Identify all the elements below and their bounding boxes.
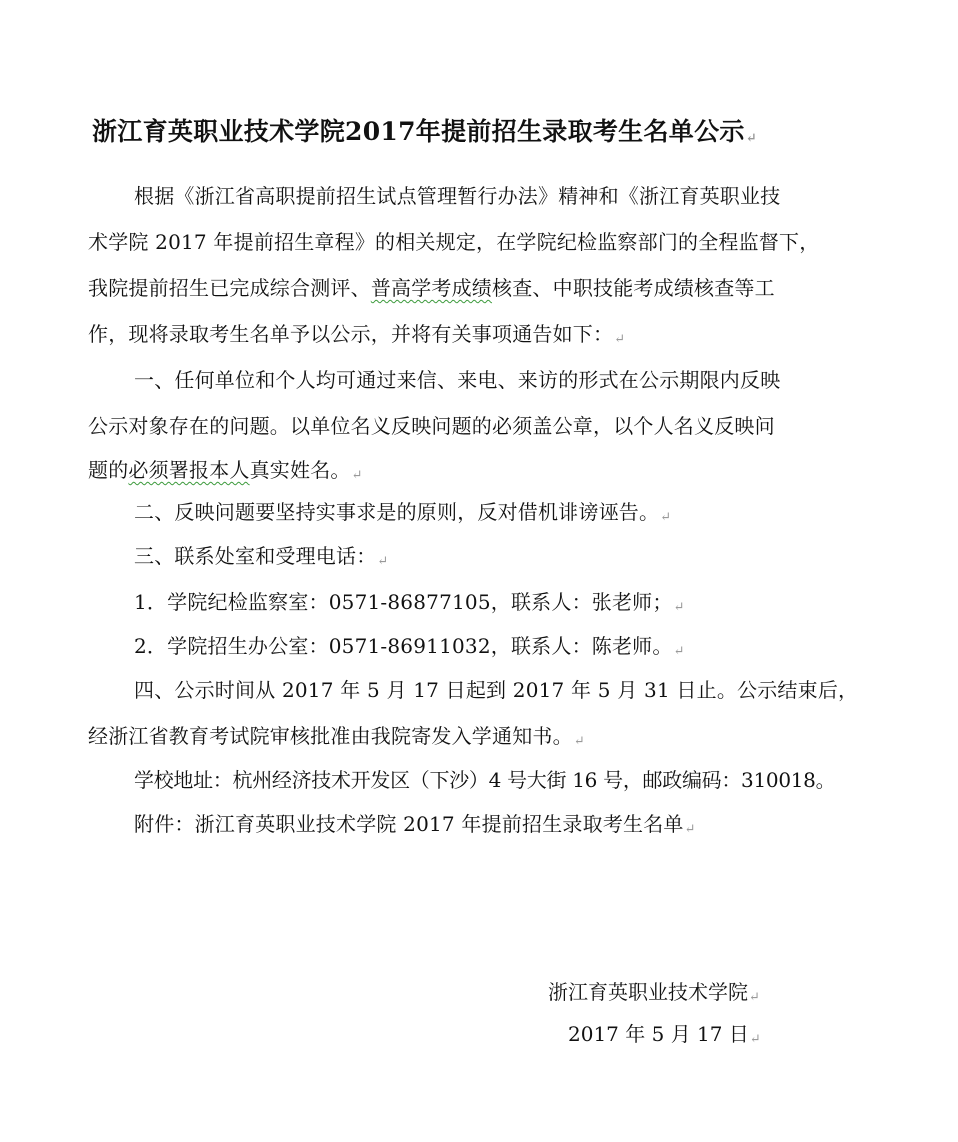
paragraph-mark-icon: ↵ xyxy=(749,990,760,1005)
contact-item-2: 2．学院招生办公室：0571-86911032，联系人：陈老师。↵ xyxy=(134,634,685,664)
item3-heading: 三、联系处室和受理电话：↵ xyxy=(134,544,389,574)
intro-text: 核查、中职技能考成绩核查等工 xyxy=(492,276,775,300)
signature-date: 2017 年 5 月 17 日↵ xyxy=(568,1022,761,1052)
paragraph-mark-icon: ↵ xyxy=(746,131,757,146)
intro-line-3: 我院提前招生已完成综合测评、普高学考成绩核查、中职技能考成绩核查等工 xyxy=(88,276,775,300)
item1-text: 真实姓名。 xyxy=(250,458,351,482)
attachment-text: 附件：浙江育英职业技术学院 2017 年提前招生录取考生名单 xyxy=(134,812,684,836)
signature-institution: 浙江育英职业技术学院↵ xyxy=(548,980,760,1010)
item2-text: 二、反映问题要坚持实事求是的原则，反对借机诽谤诬告。 xyxy=(134,500,659,524)
paragraph-mark-icon: ↵ xyxy=(685,822,696,837)
item2-line: 二、反映问题要坚持实事求是的原则，反对借机诽谤诬告。↵ xyxy=(134,500,671,530)
contact-text: 2．学院招生办公室：0571-86911032，联系人：陈老师。 xyxy=(134,634,673,658)
paragraph-mark-icon: ↵ xyxy=(352,468,363,483)
intro-text: 作，现将录取考生名单予以公示，并将有关事项通告如下： xyxy=(88,322,613,346)
paragraph-mark-icon: ↵ xyxy=(614,332,625,347)
item4-line-2: 经浙江省教育考试院审核批准由我院寄发入学通知书。↵ xyxy=(88,724,585,754)
item1-line-3: 题的必须署报本人真实姓名。↵ xyxy=(88,458,363,488)
spellcheck-underline: 必须署报本人 xyxy=(128,458,249,482)
item1-line-2: 公示对象存在的问题。以单位名义反映问题的必须盖公章，以个人名义反映问 xyxy=(88,414,775,438)
institution-text: 浙江育英职业技术学院 xyxy=(548,980,748,1004)
item1-text: 题的 xyxy=(88,458,128,482)
intro-line-4: 作，现将录取考生名单予以公示，并将有关事项通告如下：↵ xyxy=(88,322,625,352)
contact-text: 1．学院纪检监察室：0571-86877105，联系人：张老师； xyxy=(134,590,673,614)
intro-line-1: 根据《浙江省高职提前招生试点管理暂行办法》精神和《浙江育英职业技 xyxy=(134,184,780,208)
item1-line-1: 一、任何单位和个人均可通过来信、来电、来访的形式在公示期限内反映 xyxy=(134,368,780,392)
date-text: 2017 年 5 月 17 日 xyxy=(568,1022,749,1046)
document-page: 浙江育英职业技术学院2017年提前招生录取考生名单公示↵ 根据《浙江省高职提前招… xyxy=(0,0,958,1142)
spellcheck-underline: 普高学考成绩 xyxy=(371,276,492,300)
attachment-line: 附件：浙江育英职业技术学院 2017 年提前招生录取考生名单↵ xyxy=(134,812,696,842)
document-title: 浙江育英职业技术学院2017年提前招生录取考生名单公示↵ xyxy=(92,112,892,148)
contact-item-1: 1．学院纪检监察室：0571-86877105，联系人：张老师；↵ xyxy=(134,590,685,620)
school-address: 学校地址：杭州经济技术开发区（下沙）4 号大街 16 号，邮政编码：310018… xyxy=(134,768,835,792)
paragraph-mark-icon: ↵ xyxy=(674,600,685,615)
intro-text: 我院提前招生已完成综合测评、 xyxy=(88,276,371,300)
paragraph-mark-icon: ↵ xyxy=(574,734,585,749)
item4-line-1: 四、公示时间从 2017 年 5 月 17 日起到 2017 年 5 月 31 … xyxy=(134,678,858,702)
paragraph-mark-icon: ↵ xyxy=(750,1032,761,1047)
item3-heading-text: 三、联系处室和受理电话： xyxy=(134,544,376,568)
paragraph-mark-icon: ↵ xyxy=(674,644,685,659)
item4-text: 经浙江省教育考试院审核批准由我院寄发入学通知书。 xyxy=(88,724,573,748)
intro-line-2: 术学院 2017 年提前招生章程》的相关规定，在学院纪检监察部门的全程监督下， xyxy=(88,230,819,254)
paragraph-mark-icon: ↵ xyxy=(660,510,671,525)
title-text: 浙江育英职业技术学院2017年提前招生录取考生名单公示 xyxy=(92,117,745,146)
paragraph-mark-icon: ↵ xyxy=(377,554,388,569)
